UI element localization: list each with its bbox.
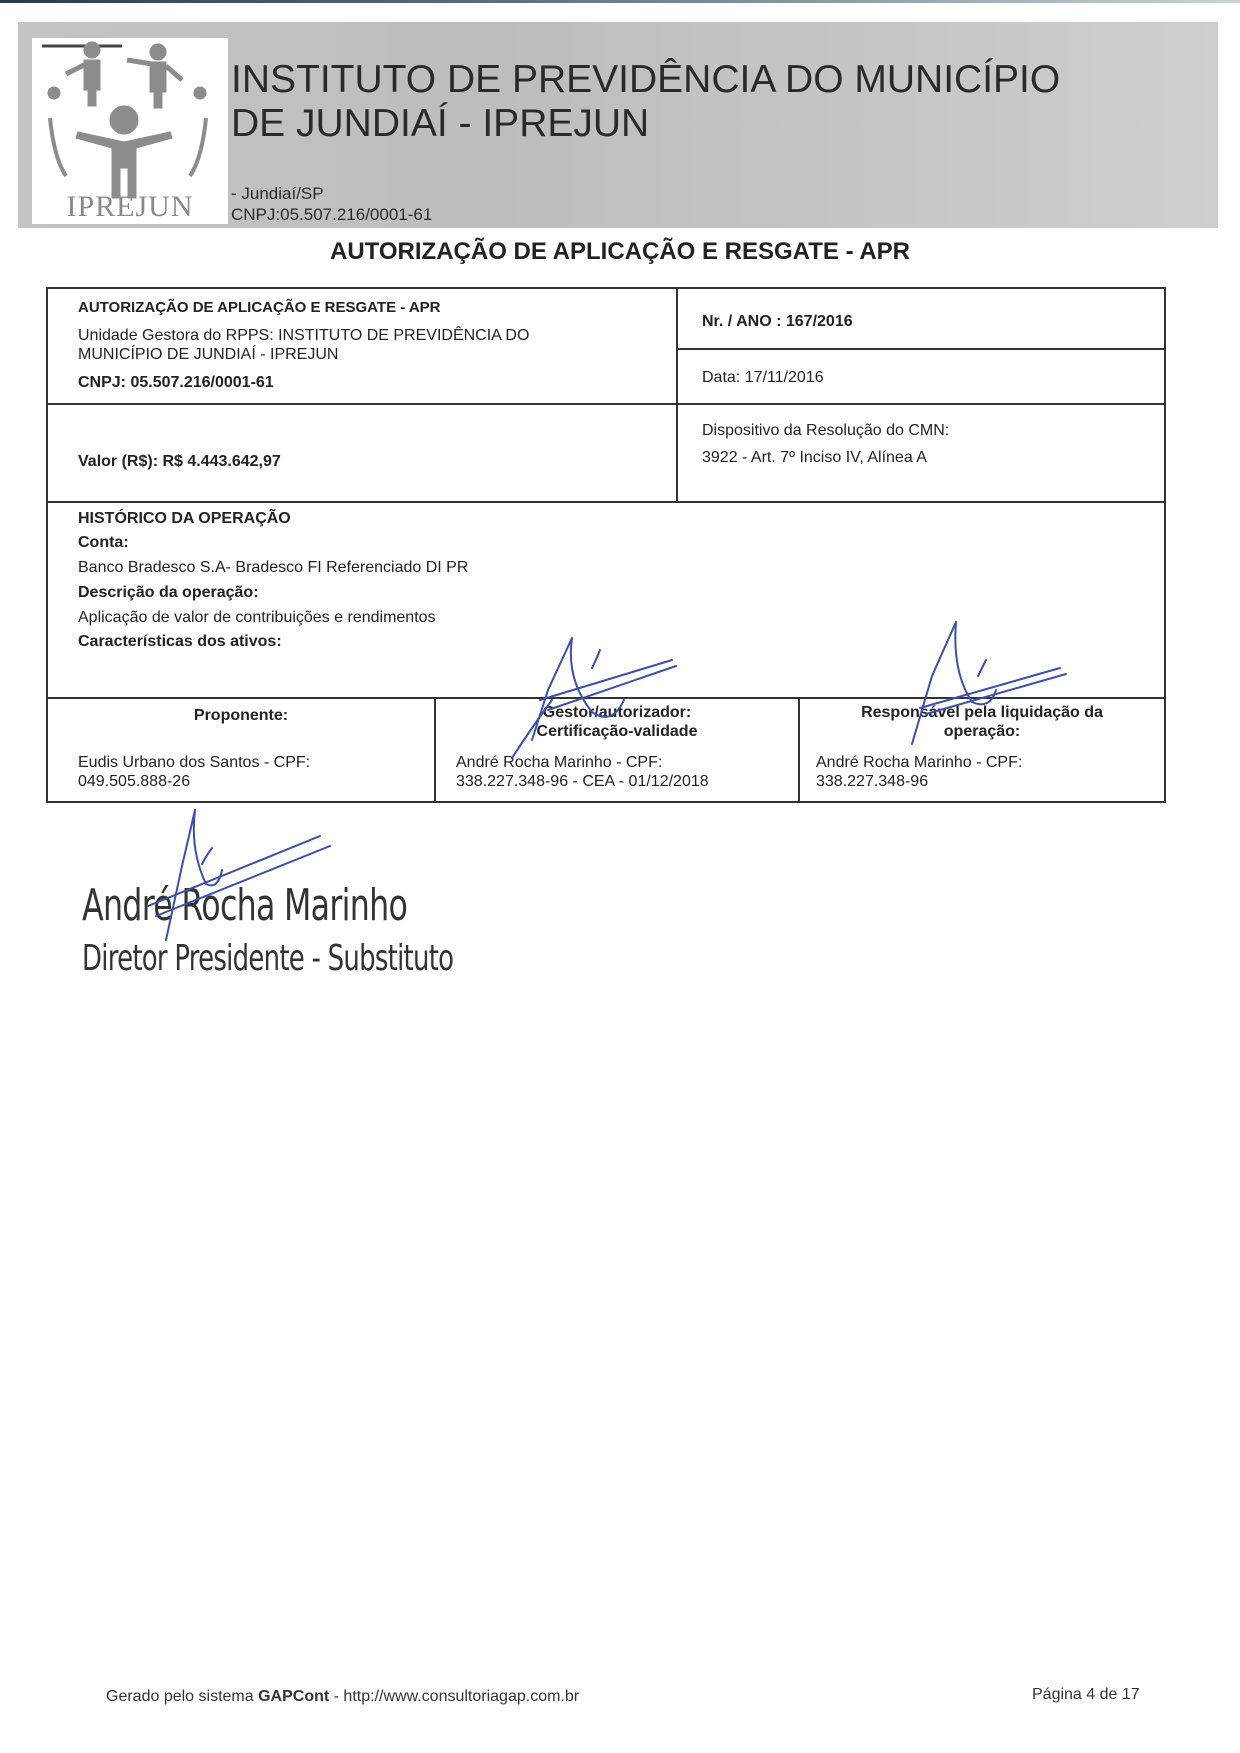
responsavel-name: André Rocha Marinho - CPF: bbox=[816, 754, 1022, 772]
unidade-gestora-line1: Unidade Gestora do RPPS: INSTITUTO DE PR… bbox=[78, 327, 529, 345]
apr-form: AUTORIZAÇÃO DE APLICAÇÃO E RESGATE - APR… bbox=[46, 287, 1166, 803]
footer-generated-by: Gerado pelo sistema GAPCont - http://www… bbox=[106, 1688, 579, 1706]
divider bbox=[48, 403, 1164, 405]
signature-stamp-role: Diretor Presidente - Substituto bbox=[82, 938, 453, 979]
divider bbox=[676, 289, 678, 503]
data-label: Data: bbox=[702, 369, 740, 386]
logo-wordmark: IPREJUN bbox=[32, 190, 228, 224]
page-number: Página 4 de 17 bbox=[1032, 1686, 1140, 1704]
institution-city: - Jundiaí/SP bbox=[231, 184, 324, 204]
footer-prefix: Gerado pelo sistema bbox=[106, 1688, 254, 1705]
footer-system-name: GAPCont bbox=[258, 1688, 329, 1705]
dispositivo-value: 3922 - Art. 7º Inciso IV, Alínea A bbox=[702, 449, 927, 467]
numero-ano-value: 167/2016 bbox=[786, 313, 853, 330]
institution-name: INSTITUTO DE PREVIDÊNCIA DO MUNICÍPIO DE… bbox=[231, 58, 1131, 146]
unidade-gestora-line2: MUNICÍPIO DE JUNDIAÍ - IPREJUN bbox=[78, 346, 338, 364]
signature-stamp-name: André Rocha Marinho bbox=[82, 880, 407, 931]
gestor-name: André Rocha Marinho - CPF: bbox=[456, 754, 662, 772]
form-section-title: AUTORIZAÇÃO DE APLICAÇÃO E RESGATE - APR bbox=[78, 299, 441, 316]
valor: Valor (R$): R$ 4.443.642,97 bbox=[78, 453, 281, 471]
conta-label: Conta: bbox=[78, 534, 129, 552]
institution-logo: IPREJUN bbox=[32, 38, 228, 224]
scan-edge bbox=[0, 0, 1240, 3]
descricao-value: Aplicação de valor de contribuições e re… bbox=[78, 609, 436, 627]
dispositivo-label: Dispositivo da Resolução do CMN: bbox=[702, 422, 949, 440]
conta-value: Banco Bradesco S.A- Bradesco FI Referenc… bbox=[78, 559, 468, 577]
gestor-cpf-cert: 338.227.348-96 - CEA - 01/12/2018 bbox=[456, 773, 709, 791]
historico-title: HISTÓRICO DA OPERAÇÃO bbox=[78, 510, 291, 528]
data-value: 17/11/2016 bbox=[745, 369, 824, 386]
numero-ano: Nr. / ANO : 167/2016 bbox=[702, 313, 853, 331]
responsavel-label-line1: Responsável pela liquidação da bbox=[800, 704, 1164, 722]
descricao-label: Descrição da operação: bbox=[78, 584, 259, 602]
valor-value: R$ 4.443.642,97 bbox=[162, 453, 280, 470]
footer-url: - http://www.consultoriagap.com.br bbox=[334, 1688, 579, 1705]
document-title: AUTORIZAÇÃO DE APLICAÇÃO E RESGATE - APR bbox=[0, 238, 1240, 266]
data: Data: 17/11/2016 bbox=[702, 369, 824, 387]
gestor-label-line1: Gestor/autorizador: bbox=[436, 704, 798, 722]
institution-cnpj: CNPJ:05.507.216/0001-61 bbox=[231, 205, 432, 225]
divider bbox=[48, 697, 1164, 699]
gestor-label-line2: Certificação-validade bbox=[436, 723, 798, 741]
caracteristicas-label: Características dos ativos: bbox=[78, 633, 282, 651]
proponente-name: Eudis Urbano dos Santos - CPF: bbox=[78, 754, 310, 772]
proponente-label: Proponente: bbox=[48, 707, 434, 725]
divider bbox=[48, 501, 1164, 503]
institution-name-line1: INSTITUTO DE PREVIDÊNCIA DO MUNICÍPIO bbox=[231, 58, 1131, 102]
form-cnpj: CNPJ: 05.507.216/0001-61 bbox=[78, 374, 274, 392]
responsavel-cpf: 338.227.348-96 bbox=[816, 773, 928, 791]
proponente-cpf: 049.505.888-26 bbox=[78, 773, 190, 791]
responsavel-label-line2: operação: bbox=[800, 723, 1164, 741]
divider bbox=[676, 348, 1164, 350]
institution-name-line2: DE JUNDIAÍ - IPREJUN bbox=[231, 102, 1131, 146]
numero-ano-label: Nr. / ANO : bbox=[702, 313, 781, 330]
valor-label: Valor (R$): bbox=[78, 453, 158, 470]
